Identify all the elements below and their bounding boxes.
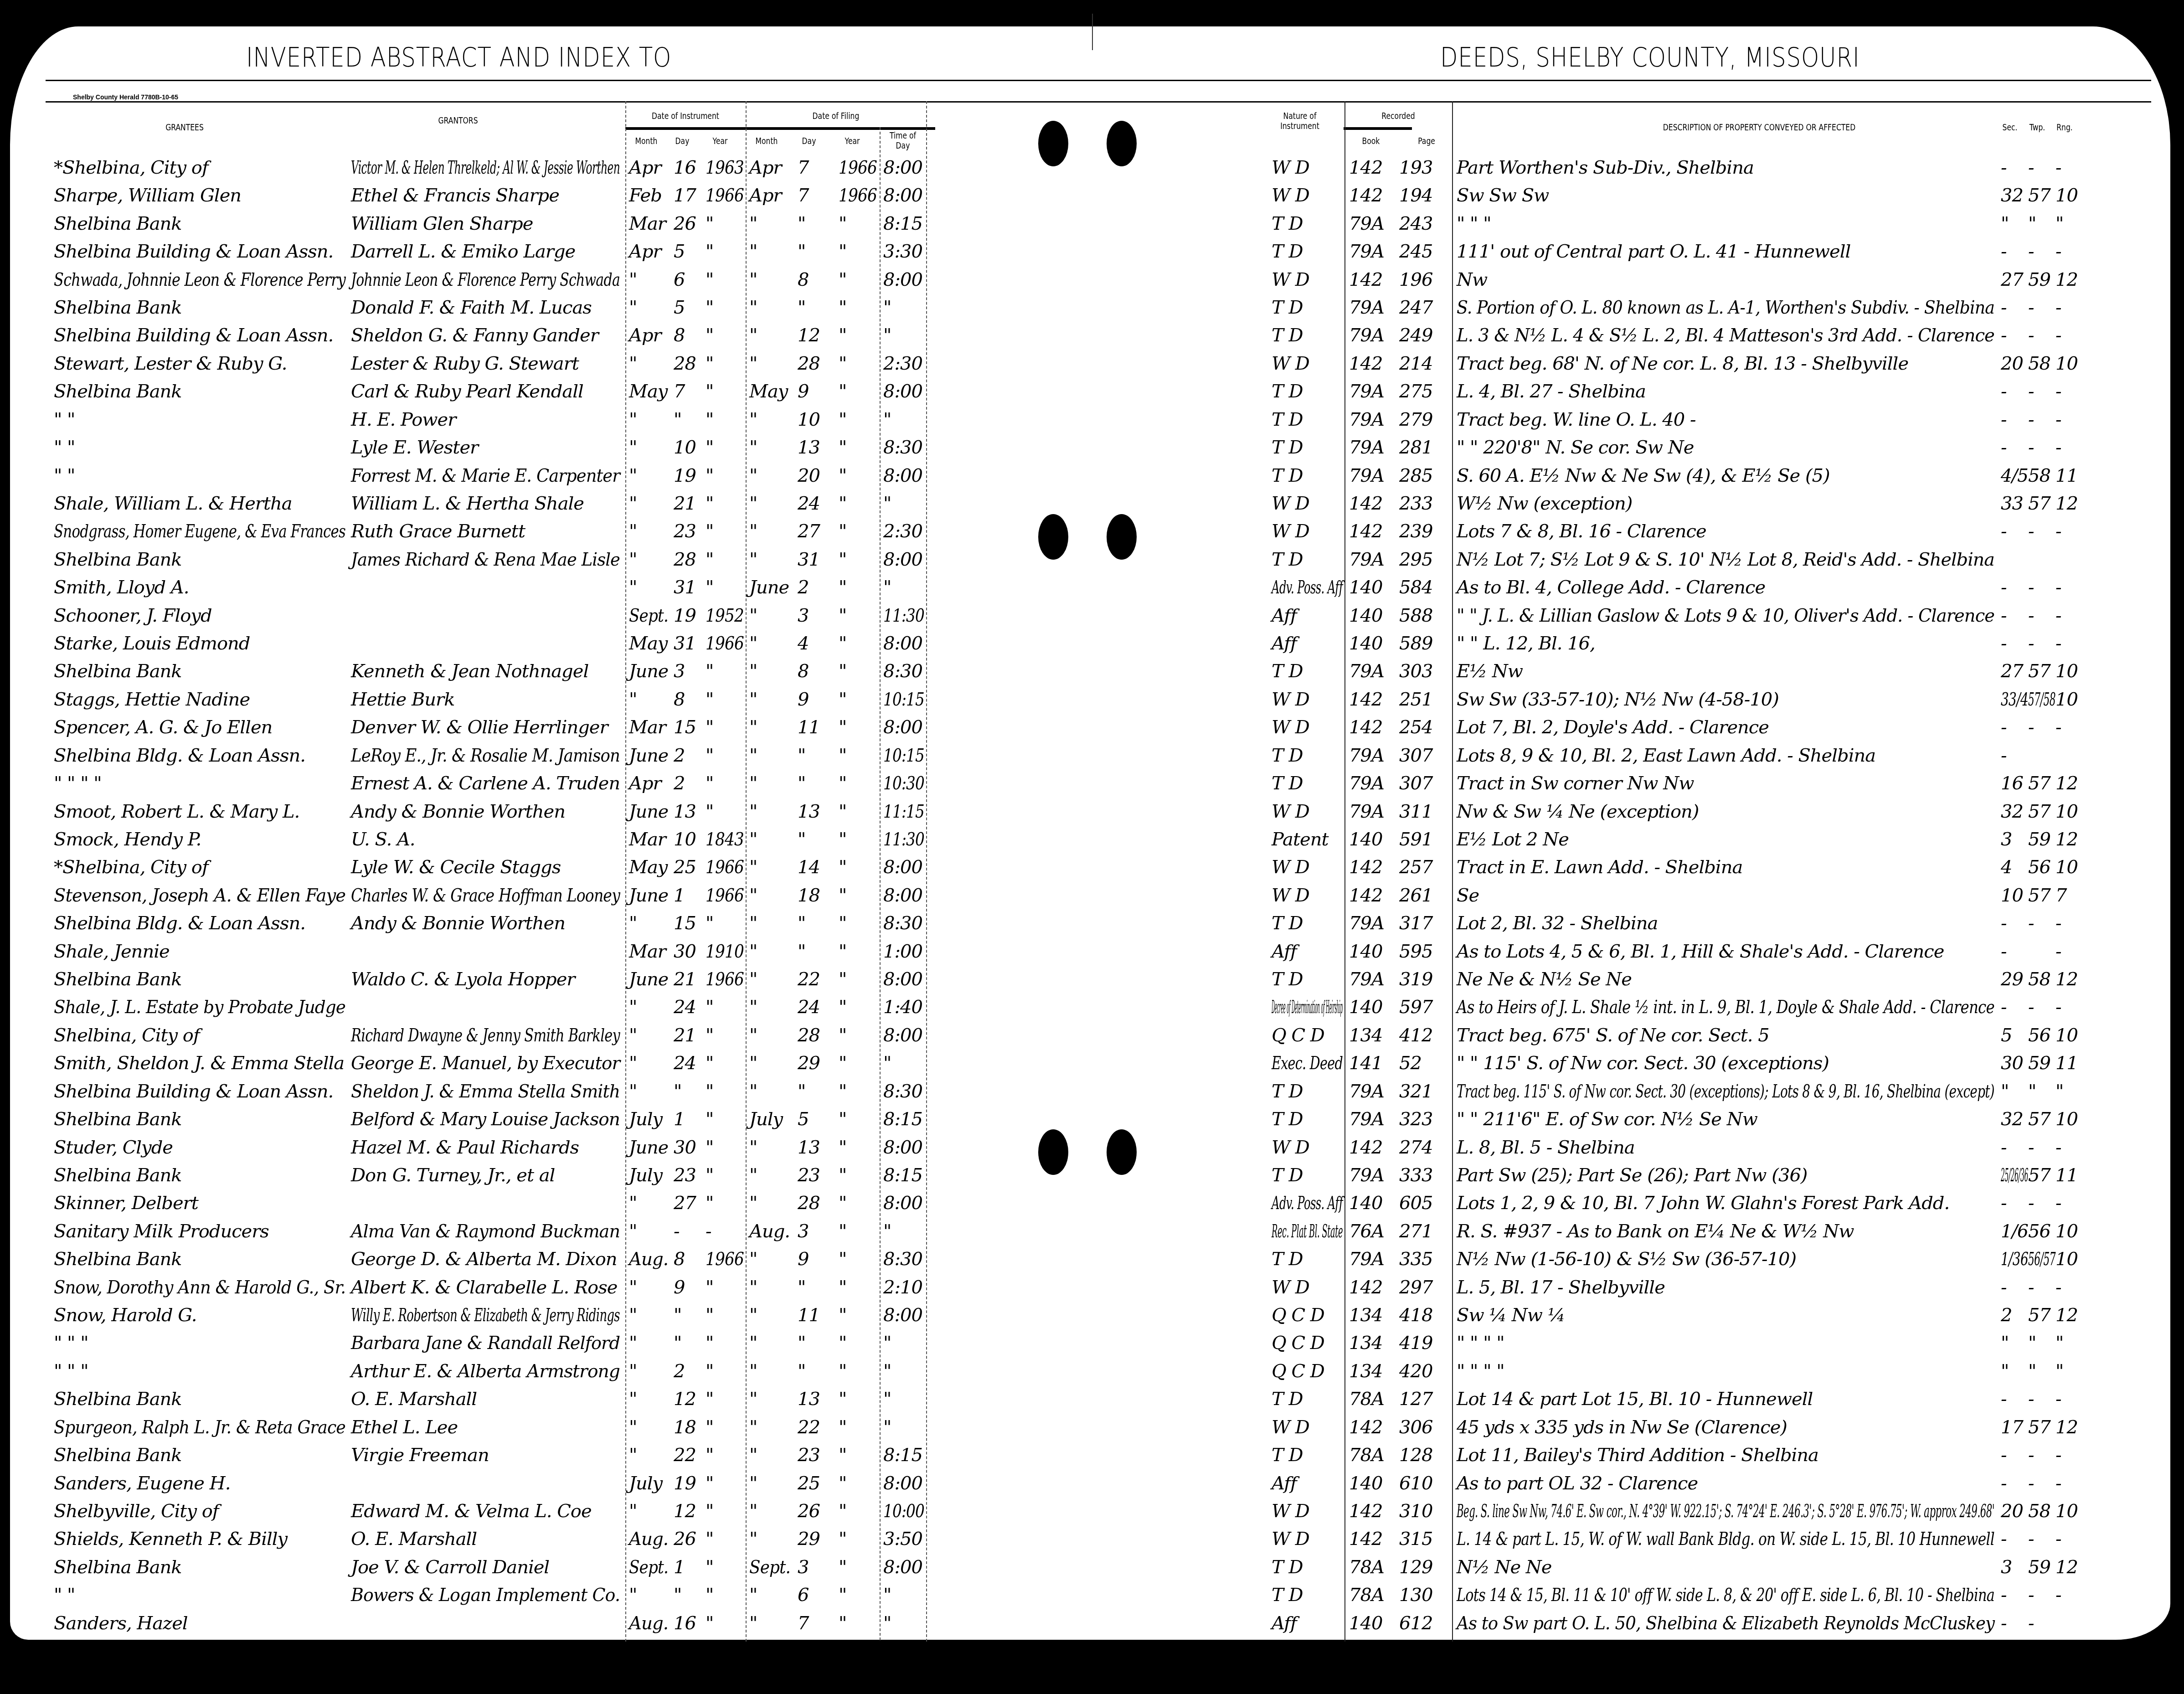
description-cell: S. Portion of O. L. 80 known as L. A-1, … — [1457, 297, 1994, 318]
time-of-day-cell: 10:30 — [883, 773, 924, 794]
rng-cell: - — [2055, 1389, 2061, 1410]
instrument-month-cell: June — [629, 969, 668, 990]
grantor-cell: Sheldon G. & Fanny Gander — [351, 325, 598, 346]
nature-cell: T D — [1272, 1445, 1303, 1466]
page-cell: 127 — [1399, 1389, 1432, 1410]
rng-cell: - — [2055, 1193, 2061, 1214]
filing-day-cell: 7 — [798, 157, 809, 178]
sec-cell: 33 — [2001, 493, 2023, 514]
time-of-day-cell: " — [883, 1613, 891, 1634]
twp-cell: - — [2028, 1529, 2034, 1550]
nature-cell: T D — [1272, 745, 1303, 766]
filing-year-cell: " — [839, 1529, 846, 1550]
description-cell: Part Worthen's Sub-Div., Shelbina — [1457, 157, 1754, 178]
grantor-cell: Joe V. & Carroll Daniel — [351, 1557, 549, 1578]
grantor-cell: Carl & Ruby Pearl Kendall — [351, 381, 583, 402]
instrument-day-cell: 22 — [674, 1445, 696, 1466]
filing-day-cell: " — [798, 773, 805, 794]
twp-cell: 59 — [2028, 1053, 2050, 1074]
page-cell: 251 — [1399, 689, 1432, 710]
time-of-day-cell: 8:00 — [883, 185, 922, 206]
instrument-month-cell: Apr — [629, 773, 661, 794]
sec-cell: - — [2001, 1529, 2007, 1550]
time-of-day-cell: 8:00 — [883, 381, 922, 402]
grantee-cell: Shelbina Bank — [54, 297, 182, 318]
instrument-day-cell: 10 — [674, 437, 696, 458]
sec-cell: 25/26/36 — [2001, 1165, 2028, 1186]
grantor-cell: Barbara Jane & Randall Relford — [351, 1333, 620, 1354]
sec-cell: " — [2001, 1361, 2009, 1382]
time-of-day-cell: 8:00 — [883, 465, 922, 486]
instrument-month-cell: June — [629, 661, 668, 682]
rng-cell: - — [2055, 941, 2061, 962]
time-of-day-cell: 3:30 — [883, 241, 922, 262]
instrument-year-cell: 1966 — [706, 885, 744, 906]
filing-day-cell: 29 — [798, 1053, 820, 1074]
filing-month-cell: " — [749, 213, 757, 234]
time-of-day-cell: 1:00 — [883, 941, 922, 962]
filing-year-cell: " — [839, 661, 846, 682]
instrument-month-cell: " — [629, 689, 637, 710]
page-cell: 295 — [1399, 549, 1432, 570]
description-cell: Sw ¼ Nw ¼ — [1457, 1305, 1565, 1326]
page-cell: 193 — [1399, 157, 1432, 178]
instrument-month-cell: Aug. — [629, 1613, 668, 1634]
description-cell: Nw — [1457, 269, 1487, 290]
grantee-cell: Shelbina Bank — [54, 1249, 182, 1270]
filing-day-cell: 23 — [798, 1445, 820, 1466]
instrument-month-cell: Feb — [629, 185, 662, 206]
header-page: Page — [1408, 137, 1445, 147]
rng-cell: - — [2055, 409, 2061, 430]
instrument-year-cell: " — [706, 1109, 713, 1130]
time-of-day-cell: 8:30 — [883, 437, 922, 458]
instrument-day-cell: 23 — [674, 521, 696, 542]
description-cell: E½ Nw — [1457, 661, 1523, 682]
sec-cell: - — [2001, 1613, 2007, 1634]
sec-cell: - — [2001, 325, 2007, 346]
rng-cell: 11 — [2055, 465, 2078, 486]
filing-year-cell: " — [839, 1249, 846, 1270]
twp-cell: - — [2028, 521, 2034, 542]
twp-cell: 57/58 — [2028, 689, 2055, 710]
instrument-year-cell: " — [706, 913, 713, 934]
page-cell: 128 — [1399, 1445, 1432, 1466]
sec-cell: 2 — [2001, 1305, 2012, 1326]
grantor-cell: Virgie Freeman — [351, 1445, 489, 1466]
book-cell: 140 — [1349, 941, 1382, 962]
header-nature-of-instrument: Nature of Instrument — [1274, 112, 1326, 132]
grantee-cell: Shelbina Bank — [54, 1389, 182, 1410]
filing-year-cell: " — [839, 1361, 846, 1382]
filing-day-cell: " — [798, 829, 805, 850]
filing-year-cell: " — [839, 997, 846, 1018]
twp-cell: - — [2028, 997, 2034, 1018]
filing-year-cell: " — [839, 1417, 846, 1438]
description-cell: S. 60 A. E½ Nw & Ne Sw (4), & E½ Se (5) — [1457, 465, 1830, 486]
grantee-cell: " " " — [54, 1333, 88, 1354]
header-book: Book — [1352, 137, 1390, 147]
time-of-day-cell: 8:00 — [883, 549, 922, 570]
rng-cell: - — [2055, 997, 2061, 1018]
book-cell: 142 — [1349, 493, 1382, 514]
description-cell: " " 220'8" N. Se cor. Sw Ne — [1457, 437, 1694, 458]
nature-cell: T D — [1272, 661, 1303, 682]
book-cell: 79A — [1349, 1081, 1384, 1102]
filing-month-cell: " — [749, 241, 757, 262]
instrument-day-cell: 8 — [674, 1249, 685, 1270]
book-cell: 134 — [1349, 1333, 1382, 1354]
page-cell: 285 — [1399, 465, 1432, 486]
page-cell: 589 — [1399, 633, 1432, 654]
rng-cell: - — [2055, 913, 2061, 934]
instrument-year-cell: " — [706, 1473, 713, 1494]
instrument-month-cell: " — [629, 913, 637, 934]
instrument-year-cell: " — [706, 409, 713, 430]
filing-year-cell: " — [839, 1585, 846, 1606]
filing-year-cell: " — [839, 689, 846, 710]
instrument-month-cell: Apr — [629, 325, 661, 346]
filing-year-cell: " — [839, 1389, 846, 1410]
filing-month-cell: " — [749, 1165, 757, 1186]
grantor-cell: Charles W. & Grace Hoffman Looney — [351, 885, 620, 906]
book-cell: 79A — [1349, 1165, 1384, 1186]
rng-cell: 12 — [2055, 1305, 2078, 1326]
time-of-day-cell: 8:00 — [883, 885, 922, 906]
col-divider — [1344, 101, 1345, 1642]
instrument-month-cell: " — [629, 997, 637, 1018]
rng-cell: 12 — [2055, 1417, 2078, 1438]
book-cell: 78A — [1349, 1389, 1384, 1410]
twp-cell: 57 — [2028, 1305, 2050, 1326]
instrument-month-cell: Aug. — [629, 1529, 668, 1550]
grantee-cell: " " " — [54, 1361, 88, 1382]
rng-cell: 11 — [2055, 1053, 2078, 1074]
header-month: Month — [752, 137, 782, 147]
book-cell: 142 — [1349, 1277, 1382, 1298]
book-cell: 79A — [1349, 549, 1384, 570]
filing-day-cell: 18 — [798, 885, 820, 906]
nature-cell: Q C D — [1272, 1305, 1324, 1326]
nature-cell: W D — [1272, 1277, 1309, 1298]
grantee-cell: Schwada, Johnnie Leon & Florence Perry — [54, 269, 345, 290]
description-cell: Beg. S. line Sw Nw, 74.6' E. Sw cor., N.… — [1457, 1501, 1994, 1522]
description-cell: " " " — [1457, 213, 1491, 234]
nature-cell: T D — [1272, 409, 1303, 430]
time-of-day-cell: 2:10 — [883, 1277, 922, 1298]
nature-cell: T D — [1272, 381, 1303, 402]
page-cell: 247 — [1399, 297, 1432, 318]
filing-month-cell: " — [749, 969, 757, 990]
instrument-year-cell: " — [706, 437, 713, 458]
header-time-of-day: Time of Day — [886, 131, 920, 151]
grantor-cell: Johnnie Leon & Florence Perry Schwada — [351, 269, 620, 290]
filing-month-cell: " — [749, 1053, 757, 1074]
description-cell: Se — [1457, 885, 1479, 906]
header-rng: Rng. — [2053, 123, 2076, 133]
filing-day-cell: 22 — [798, 1417, 820, 1438]
description-cell: N½ Lot 7; S½ Lot 9 & S. 10' N½ Lot 8, Re… — [1457, 549, 1994, 570]
page-cell: 239 — [1399, 521, 1432, 542]
instrument-day-cell: 26 — [674, 1529, 696, 1550]
instrument-month-cell: " — [629, 297, 637, 318]
filing-month-cell: " — [749, 829, 757, 850]
nature-cell: W D — [1272, 801, 1309, 822]
col-divider — [926, 101, 927, 1642]
filing-year-cell: " — [839, 1277, 846, 1298]
grantee-cell: Shelbyville, City of — [54, 1501, 219, 1522]
rng-cell: 12 — [2055, 969, 2078, 990]
nature-cell: T D — [1272, 297, 1303, 318]
instrument-month-cell: " — [629, 465, 637, 486]
sec-cell: - — [2001, 1277, 2007, 1298]
description-cell: R. S. #937 - As to Bank on E¼ Ne & W½ Nw — [1457, 1221, 1854, 1242]
filing-year-cell: " — [839, 969, 846, 990]
page-cell: 315 — [1399, 1529, 1432, 1550]
sec-cell: 3 — [2001, 1557, 2012, 1578]
grantor-cell: Donald F. & Faith M. Lucas — [351, 297, 592, 318]
book-cell: 78A — [1349, 1585, 1384, 1606]
time-of-day-cell: 8:30 — [883, 1081, 922, 1102]
filing-day-cell: 20 — [798, 465, 820, 486]
filing-month-cell: " — [749, 1473, 757, 1494]
grantor-cell: U. S. A. — [351, 829, 415, 850]
filing-month-cell: Sept. — [749, 1557, 790, 1578]
description-cell: L. 5, Bl. 17 - Shelbyville — [1457, 1277, 1665, 1298]
grantee-cell: Shelbina Bank — [54, 381, 182, 402]
book-cell: 79A — [1349, 661, 1384, 682]
instrument-year-cell: " — [706, 1361, 713, 1382]
instrument-year-cell: " — [706, 717, 713, 738]
nature-cell: W D — [1272, 1417, 1309, 1438]
grantee-cell: Staggs, Hettie Nadine — [54, 689, 250, 710]
nature-cell: Aff — [1272, 605, 1297, 626]
filing-day-cell: 28 — [798, 1193, 820, 1214]
rng-cell: - — [2055, 577, 2061, 598]
instrument-day-cell: 31 — [674, 633, 696, 654]
instrument-month-cell: Apr — [629, 157, 661, 178]
twp-cell: - — [2028, 913, 2034, 934]
filing-day-cell: 28 — [798, 353, 820, 374]
page-cell: 306 — [1399, 1417, 1432, 1438]
grantee-cell: Spurgeon, Ralph L. Jr. & Reta Grace — [54, 1417, 345, 1438]
instrument-year-cell: 1966 — [706, 857, 744, 878]
instrument-year-cell: " — [706, 745, 713, 766]
nature-cell: T D — [1272, 1585, 1303, 1606]
filing-year-cell: " — [839, 521, 846, 542]
twp-cell: 57 — [2028, 1109, 2050, 1130]
filing-month-cell: " — [749, 661, 757, 682]
book-cell: 140 — [1349, 633, 1382, 654]
filing-day-cell: 24 — [798, 493, 820, 514]
instrument-year-cell: 1843 — [706, 829, 744, 850]
twp-cell: - — [2028, 1445, 2034, 1466]
page-cell: 335 — [1399, 1249, 1432, 1270]
filing-year-cell: " — [839, 1137, 846, 1158]
instrument-year-cell: " — [706, 1277, 713, 1298]
rng-cell: 10 — [2055, 1025, 2078, 1046]
description-cell: Tract beg. 68' N. of Ne cor. L. 8, Bl. 1… — [1457, 353, 1908, 374]
sec-cell: 32 — [2001, 1109, 2023, 1130]
book-cell: 142 — [1349, 269, 1382, 290]
sec-cell: - — [2001, 409, 2007, 430]
page-cell: 194 — [1399, 185, 1432, 206]
instrument-month-cell: Apr — [629, 241, 661, 262]
page-cell: 214 — [1399, 353, 1432, 374]
rng-cell: - — [2055, 241, 2061, 262]
rng-cell: 10 — [2055, 689, 2078, 710]
grantee-cell: Sanders, Hazel — [54, 1613, 188, 1634]
instrument-year-cell: " — [706, 213, 713, 234]
filing-day-cell: " — [798, 1361, 805, 1382]
instrument-year-cell: " — [706, 1081, 713, 1102]
filing-day-cell: " — [798, 1277, 805, 1298]
filing-day-cell: " — [798, 1081, 805, 1102]
filing-month-cell: " — [749, 325, 757, 346]
page-cell: 303 — [1399, 661, 1432, 682]
instrument-year-cell: " — [706, 1445, 713, 1466]
page-cell: 310 — [1399, 1501, 1432, 1522]
twp-cell: " — [2028, 1333, 2036, 1354]
book-cell: 79A — [1349, 913, 1384, 934]
grantee-cell: Sanders, Eugene H. — [54, 1473, 230, 1494]
rng-cell: - — [2055, 1137, 2061, 1158]
filing-year-cell: " — [839, 1221, 846, 1242]
page-cell: 245 — [1399, 241, 1432, 262]
instrument-month-cell: " — [629, 1445, 637, 1466]
nature-cell: W D — [1272, 689, 1309, 710]
grantor-cell: Edward M. & Velma L. Coe — [351, 1501, 592, 1522]
page-cell: 233 — [1399, 493, 1432, 514]
filing-year-cell: " — [839, 353, 846, 374]
twp-cell: " — [2028, 213, 2036, 234]
filing-day-cell: 5 — [798, 1109, 809, 1130]
grantee-cell: Sanitary Milk Producers — [54, 1221, 269, 1242]
instrument-day-cell: 28 — [674, 549, 696, 570]
book-cell: 79A — [1349, 773, 1384, 794]
filing-year-cell: " — [839, 213, 846, 234]
description-cell: Nw & Sw ¼ Ne (exception) — [1457, 801, 1699, 822]
instrument-year-cell: " — [706, 773, 713, 794]
rng-cell: 10 — [2055, 857, 2078, 878]
instrument-month-cell: " — [629, 1417, 637, 1438]
sec-cell: " — [2001, 213, 2009, 234]
instrument-month-cell: " — [629, 409, 637, 430]
page-cell: 419 — [1399, 1333, 1432, 1354]
instrument-day-cell: 26 — [674, 213, 696, 234]
header-day: Day — [796, 137, 822, 147]
filing-year-cell: " — [839, 717, 846, 738]
page-cell: 52 — [1399, 1053, 1422, 1074]
book-cell: 140 — [1349, 605, 1382, 626]
instrument-day-cell: 19 — [674, 605, 696, 626]
filing-month-cell: " — [749, 1193, 757, 1214]
header-grantees: GRANTEES — [157, 123, 213, 133]
binder-hole — [1107, 121, 1137, 166]
nature-cell: Aff — [1272, 633, 1297, 654]
instrument-day-cell: " — [674, 409, 681, 430]
filing-month-cell: " — [749, 633, 757, 654]
time-of-day-cell: 8:15 — [883, 213, 922, 234]
filing-month-cell: " — [749, 409, 757, 430]
filing-year-cell: " — [839, 493, 846, 514]
page-cell: 412 — [1399, 1025, 1432, 1046]
filing-month-cell: " — [749, 353, 757, 374]
filing-month-cell: " — [749, 717, 757, 738]
instrument-month-cell: " — [629, 493, 637, 514]
instrument-day-cell: 19 — [674, 465, 696, 486]
description-cell: As to Heirs of J. L. Shale ½ int. in L. … — [1457, 997, 1994, 1018]
instrument-month-cell: May — [629, 633, 667, 654]
grantor-cell: Ruth Grace Burnett — [351, 521, 525, 542]
sec-cell: 33/4 — [2001, 689, 2028, 710]
sec-cell: - — [2001, 297, 2007, 318]
time-of-day-cell: " — [883, 325, 891, 346]
filing-month-cell: " — [749, 1333, 757, 1354]
filing-month-cell: " — [749, 549, 757, 570]
instrument-day-cell: 5 — [674, 241, 685, 262]
book-cell: 142 — [1349, 689, 1382, 710]
page-cell: 418 — [1399, 1305, 1432, 1326]
instrument-day-cell: 23 — [674, 1165, 696, 1186]
filing-month-cell: " — [749, 1305, 757, 1326]
grantor-cell: Sheldon J. & Emma Stella Smith — [351, 1081, 620, 1102]
description-cell: Lots 1, 2, 9 & 10, Bl. 7 John W. Glahn's… — [1457, 1193, 1949, 1214]
description-cell: 111' out of Central part O. L. 41 - Hunn… — [1457, 241, 1850, 262]
description-cell: Lots 8, 9 & 10, Bl. 2, East Lawn Add. - … — [1457, 745, 1875, 766]
filing-day-cell: 2 — [798, 577, 809, 598]
book-cell: 79A — [1349, 297, 1384, 318]
sec-cell: 4 — [2001, 857, 2012, 878]
time-of-day-cell: 8:00 — [883, 1473, 922, 1494]
instrument-day-cell: 25 — [674, 857, 696, 878]
twp-cell: - — [2028, 297, 2034, 318]
time-of-day-cell: 8:30 — [883, 913, 922, 934]
grantor-cell: George E. Manuel, by Executor — [351, 1053, 620, 1074]
sec-cell: - — [2001, 745, 2007, 766]
instrument-day-cell: 30 — [674, 1137, 696, 1158]
filing-month-cell: " — [749, 997, 757, 1018]
header-description: DESCRIPTION OF PROPERTY CONVEYED OR AFFE… — [1617, 123, 1901, 133]
grantee-cell: " " " " — [54, 773, 102, 794]
twp-cell: - — [2028, 241, 2034, 262]
description-cell: Lot 14 & part Lot 15, Bl. 10 - Hunnewell — [1457, 1389, 1813, 1410]
grantor-cell: William L. & Hertha Shale — [351, 493, 584, 514]
page-cell: 323 — [1399, 1109, 1432, 1130]
book-cell: 140 — [1349, 997, 1382, 1018]
book-cell: 79A — [1349, 381, 1384, 402]
instrument-day-cell: 30 — [674, 941, 696, 962]
filing-month-cell: " — [749, 857, 757, 878]
twp-cell: 59 — [2028, 269, 2050, 290]
instrument-month-cell: July — [629, 1473, 662, 1494]
header-year: Year — [837, 137, 867, 147]
description-cell: L. 3 & N½ L. 4 & S½ L. 2, Bl. 4 Matteson… — [1457, 325, 1994, 346]
time-of-day-cell: 8:00 — [883, 633, 922, 654]
page-cell: 281 — [1399, 437, 1432, 458]
book-cell: 134 — [1349, 1025, 1382, 1046]
page-cell: 317 — [1399, 913, 1432, 934]
page-cell: 297 — [1399, 1277, 1432, 1298]
time-of-day-cell: 8:15 — [883, 1165, 922, 1186]
filing-year-cell: " — [839, 745, 846, 766]
filing-year-cell: " — [839, 1333, 846, 1354]
sec-cell: - — [2001, 913, 2007, 934]
page-cell: 243 — [1399, 213, 1432, 234]
page-cell: 254 — [1399, 717, 1432, 738]
grantee-cell: Shelbina Bank — [54, 969, 182, 990]
filing-year-cell: " — [839, 1501, 846, 1522]
